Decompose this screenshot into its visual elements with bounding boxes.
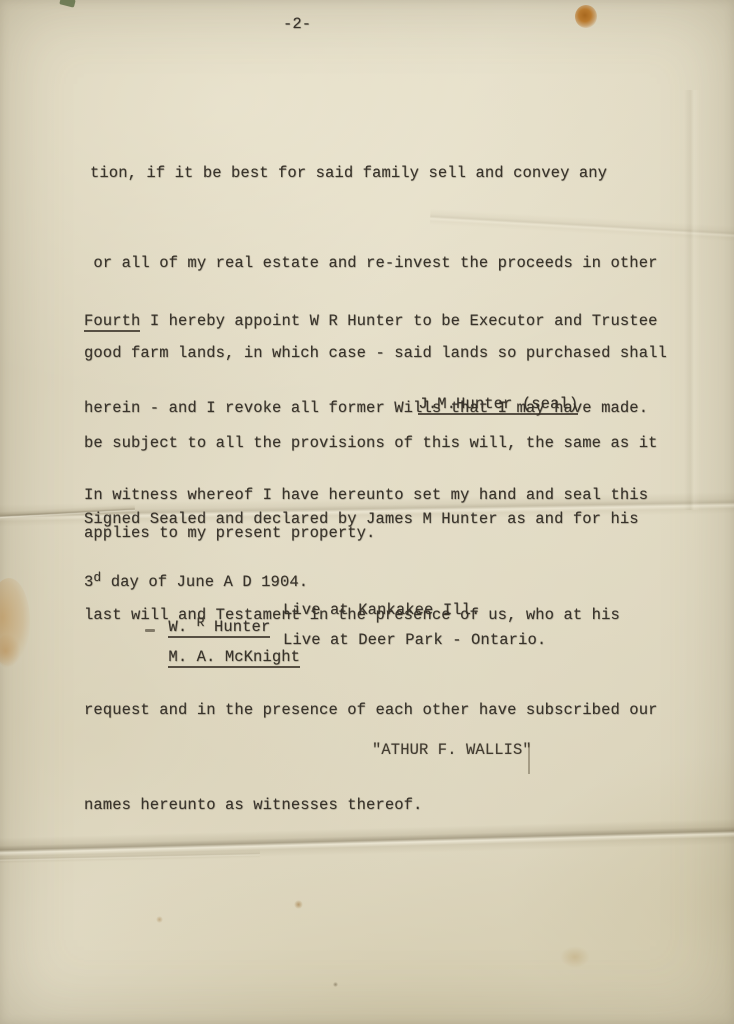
- body-line: tion, if it be best for said family sell…: [90, 158, 667, 188]
- page-number: -2-: [283, 15, 311, 33]
- fourth-keyword: Fourth: [84, 312, 140, 332]
- body-line: request and in the presence of each othe…: [84, 695, 658, 727]
- witness-row: M. A. McKnight: [112, 630, 300, 684]
- body-line: names hereunto as witnesses thereof.: [84, 790, 658, 822]
- stain-top-right: [575, 5, 597, 28]
- witness-name-initial: R: [197, 615, 205, 630]
- stain-speck-bottom: [333, 982, 338, 987]
- testator-signature-line: J.M.Hunter (seal): [362, 377, 578, 431]
- witness-residence: Live at Deer Park - Ontario.: [283, 631, 546, 649]
- stain-left-edge: [0, 578, 30, 666]
- stain-dot-bottom-center: [294, 900, 303, 909]
- notary-stamp-text: "ATHUR F. WALLIS": [372, 741, 532, 759]
- stain-left-edge-lower: [0, 634, 20, 668]
- stain-dot-bottom-left: [156, 916, 163, 923]
- body-line: Fourth I hereby appoint W R Hunter to be…: [84, 307, 658, 336]
- stain-patch-bottom-right: [560, 946, 590, 968]
- fourth-line1-rest: I hereby appoint W R Hunter to be Execut…: [140, 312, 657, 330]
- body-line: Signed Sealed and declared by James M Hu…: [84, 504, 658, 536]
- witness-residence: Live at Kankakee Ill.: [283, 601, 480, 619]
- mark-green-top-edge: [59, 0, 75, 8]
- testator-signature: J.M.Hunter (seal): [418, 395, 578, 415]
- witness-name: M. A. McKnight: [168, 648, 300, 668]
- scanned-will-page: -2- tion, if it be best for said family …: [0, 0, 734, 1024]
- paper-sheet: -2- tion, if it be best for said family …: [0, 0, 734, 1024]
- wrinkle-vertical-right: [684, 90, 700, 510]
